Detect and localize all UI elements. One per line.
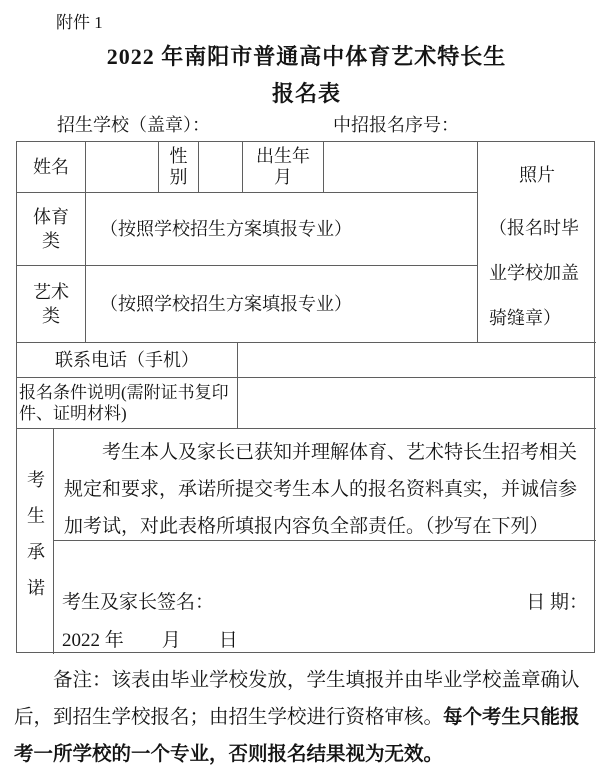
signature-label: 考生及家长签名：	[62, 593, 214, 613]
phone-value-cell	[238, 343, 596, 378]
registration-form-page: 附件 1 2022 年南阳市普通高中体育艺术特长生 报名表 招生学校（盖章）： …	[0, 0, 613, 781]
gender-value-cell	[199, 142, 243, 193]
arts-category-hint-cell: （按照学校招生方案填报专业）	[86, 266, 478, 343]
attachment-label: 附件 1	[56, 8, 103, 33]
photo-title: 照片	[519, 164, 555, 186]
name-label: 姓名	[17, 142, 86, 193]
candidate-pledge-side-label: 考生承诺	[17, 429, 54, 654]
form-title-line2: 报名表	[0, 77, 613, 108]
gender-label: 性别	[159, 142, 199, 193]
enrollment-serial-field-label: 中招报名序号：	[333, 111, 459, 137]
sports-category-label: 体育类	[17, 193, 86, 266]
conditions-value-cell	[238, 378, 596, 429]
birth-date-label: 出生年月	[243, 142, 324, 193]
sports-category-hint-cell: （按照学校招生方案填报专业）	[86, 193, 478, 266]
date-label: 日 期：	[526, 593, 588, 613]
conditions-label: 报名条件说明(需附证书复印件、证明材料)	[17, 378, 238, 429]
pledge-text: 考生本人及家长已获知并理解体育、艺术特长生招考相关规定和要求，承诺所提交考生本人…	[54, 429, 596, 541]
registration-table: 姓名 性别 出生年月 照片 （报名时毕业学校加盖骑缝章） 体育类 （按照学校招生…	[16, 141, 595, 653]
arts-category-label: 艺术类	[17, 266, 86, 343]
phone-label: 联系电话（手机）	[17, 343, 238, 378]
remarks: 备注：该表由毕业学校发放，学生填报并由毕业学校盖章确认后，到招生学校报名；由招生…	[14, 662, 588, 773]
recruiting-school-field-label: 招生学校（盖章）：	[57, 111, 210, 137]
form-title-line1: 2022 年南阳市普通高中体育艺术特长生	[0, 40, 613, 71]
signature-area: 考生及家长签名： 日 期： 2022 年 月 日	[54, 541, 596, 654]
photo-cell: 照片 （报名时毕业学校加盖骑缝章）	[478, 142, 596, 343]
date-blank-line: 2022 年 月 日	[62, 631, 588, 651]
birth-date-value-cell	[324, 142, 478, 193]
photo-note: （报名时毕业学校加盖骑缝章）	[489, 206, 585, 341]
name-value-cell	[86, 142, 159, 193]
